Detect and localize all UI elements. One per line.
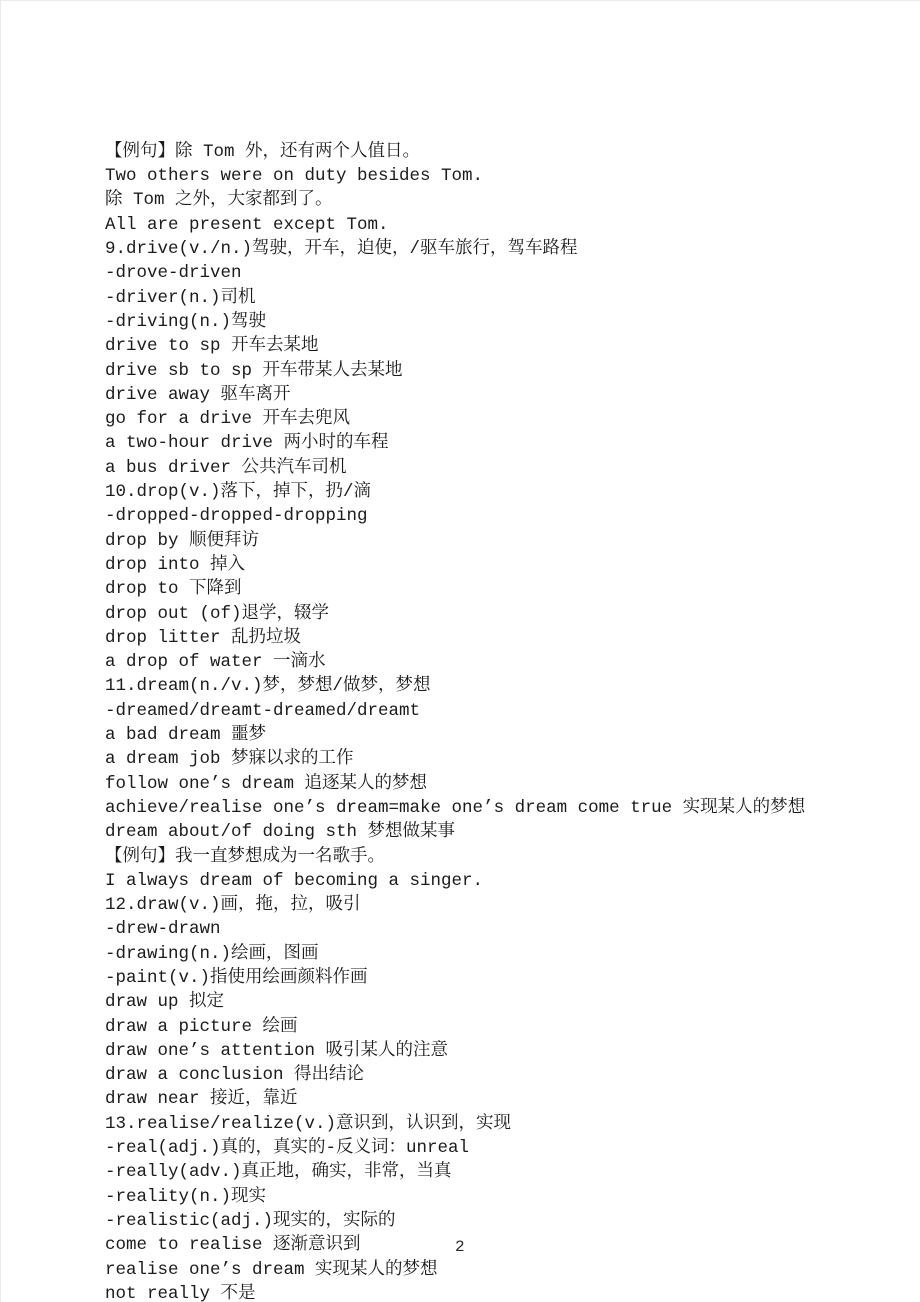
text-line: realise one’s dream 实现某人的梦想 <box>105 1258 905 1282</box>
vocabulary-text-block: 【例句】除 Tom 外，还有两个人值日。Two others were on d… <box>105 67 905 1302</box>
text-line: -paint(v.)指使用绘画颜料作画 <box>105 966 905 990</box>
text-line: drop out (of)退学，辍学 <box>105 602 905 626</box>
text-line: not really 不是 <box>105 1282 905 1302</box>
text-line: 13.realise/realize(v.)意识到，认识到，实现 <box>105 1112 905 1136</box>
text-line: All are present except Tom. <box>105 213 905 237</box>
text-line: a drop of water 一滴水 <box>105 650 905 674</box>
text-line: draw a conclusion 得出结论 <box>105 1063 905 1087</box>
text-line: 【例句】我一直梦想成为一名歌手。 <box>105 845 905 869</box>
text-line: -drove-driven <box>105 261 905 285</box>
text-line: drive to sp 开车去某地 <box>105 334 905 358</box>
document-page: 【例句】除 Tom 外，还有两个人值日。Two others were on d… <box>0 0 920 1302</box>
text-line: dream about/of doing sth 梦想做某事 <box>105 820 905 844</box>
text-line: a two-hour drive 两小时的车程 <box>105 431 905 455</box>
text-line: drop litter 乱扔垃圾 <box>105 626 905 650</box>
text-line: -drawing(n.)绘画，图画 <box>105 942 905 966</box>
text-line: -really(adv.)真正地，确实，非常，当真 <box>105 1160 905 1184</box>
text-line: drop to 下降到 <box>105 577 905 601</box>
text-line: draw one’s attention 吸引某人的注意 <box>105 1039 905 1063</box>
text-line: 除 Tom 之外，大家都到了。 <box>105 188 905 212</box>
text-line: -drew-drawn <box>105 917 905 941</box>
text-line: a bad dream 噩梦 <box>105 723 905 747</box>
text-line: 10.drop(v.)落下，掉下，扔/滴 <box>105 480 905 504</box>
text-line: drop into 掉入 <box>105 553 905 577</box>
text-line: a dream job 梦寐以求的工作 <box>105 747 905 771</box>
text-line: -real(adj.)真的，真实的-反义词：unreal <box>105 1136 905 1160</box>
text-line: -driving(n.)驾驶 <box>105 310 905 334</box>
text-line: -driver(n.)司机 <box>105 286 905 310</box>
text-line: draw up 拟定 <box>105 990 905 1014</box>
text-line: -reality(n.)现实 <box>105 1185 905 1209</box>
text-line: go for a drive 开车去兜风 <box>105 407 905 431</box>
text-line: -realistic(adj.)现实的，实际的 <box>105 1209 905 1233</box>
text-line: 11.dream(n./v.)梦，梦想/做梦，梦想 <box>105 674 905 698</box>
page-footer: 2 <box>0 1238 920 1256</box>
text-line: I always dream of becoming a singer. <box>105 869 905 893</box>
text-line: drop by 顺便拜访 <box>105 529 905 553</box>
text-line: achieve/realise one’s dream=make one’s d… <box>105 796 905 820</box>
text-line: 9.drive(v./n.)驾驶，开车，迫使，/驱车旅行，驾车路程 <box>105 237 905 261</box>
text-line: 【例句】除 Tom 外，还有两个人值日。 <box>105 140 905 164</box>
text-line: Two others were on duty besides Tom. <box>105 164 905 188</box>
text-line: a bus driver 公共汽车司机 <box>105 456 905 480</box>
text-line: -dreamed/dreamt-dreamed/dreamt <box>105 699 905 723</box>
text-line: follow one’s dream 追逐某人的梦想 <box>105 772 905 796</box>
text-line: drive sb to sp 开车带某人去某地 <box>105 359 905 383</box>
text-line: drive away 驱车离开 <box>105 383 905 407</box>
text-line: draw a picture 绘画 <box>105 1015 905 1039</box>
page-number: 2 <box>455 1238 465 1256</box>
text-line: draw near 接近，靠近 <box>105 1087 905 1111</box>
text-line: -dropped-dropped-dropping <box>105 504 905 528</box>
text-line: 12.draw(v.)画，拖，拉，吸引 <box>105 893 905 917</box>
